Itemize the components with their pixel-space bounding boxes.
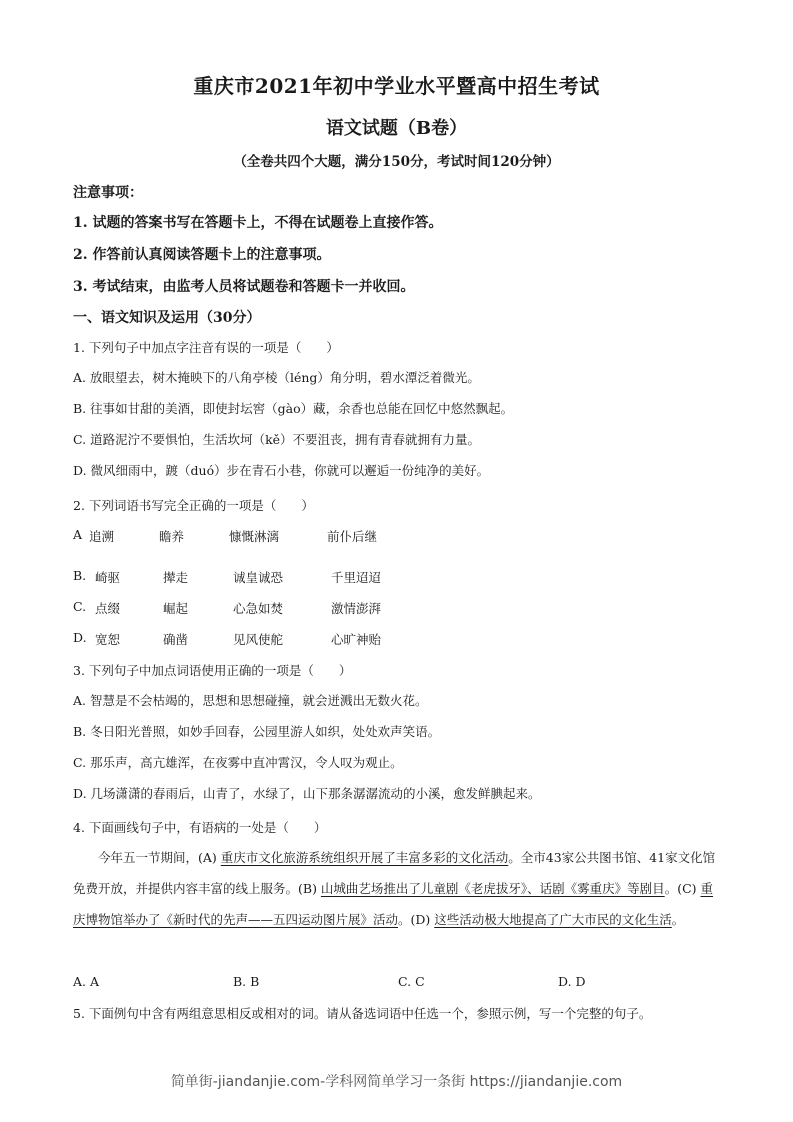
underlined-sentence-b: 山城曲艺场推出了儿童剧《老虎拔牙》、话剧《雾重庆》等剧目: [321, 881, 665, 896]
word: 激情澎湃: [331, 599, 381, 617]
option-label: B.: [73, 568, 86, 583]
option-label: C.: [73, 599, 86, 614]
word: 瞻养: [159, 527, 184, 545]
word: 心急如焚: [233, 599, 283, 617]
question-3-option-b: B. 冬日阳光普照，如妙手回春，公园里游人如织，处处欢声笑语。: [73, 722, 440, 740]
word: 崛起: [163, 599, 188, 617]
section-heading: 一、语文知识及运用（30分）: [73, 307, 260, 327]
option-b: B. B: [233, 974, 259, 989]
word: 慷慨淋漓: [229, 527, 279, 545]
question-3-option-c: C. 那乐声，高亢雄浑，在夜雾中直冲霄汉，令人叹为观止。: [73, 753, 403, 771]
question-4-passage: 今年五一节期间，(A) 重庆市文化旅游系统组织开展了丰富多彩的文化活动。全市43…: [73, 842, 723, 935]
word: 千里迢迢: [331, 568, 381, 586]
passage-text: 。(D): [398, 912, 434, 927]
option-a: A. A: [73, 974, 99, 989]
passage-text: 。(C): [665, 881, 701, 896]
word: 崎驱: [95, 568, 120, 586]
question-1-option-a: A. 放眼望去，树木掩映下的八角亭棱（léng）角分明，碧水潭泛着微光。: [73, 368, 480, 386]
word: 确凿: [163, 630, 188, 648]
word: 心旷神贻: [331, 630, 381, 648]
underlined-sentence-a: 重庆市文化旅游系统组织开展了丰富多彩的文化活动: [221, 850, 509, 865]
notice-item-1: 1. 试题的答案书写在答题卡上，不得在试题卷上直接作答。: [73, 212, 443, 232]
word: 点缀: [95, 599, 120, 617]
option-c: C. C: [398, 974, 425, 989]
question-3-option-a: A. 智慧是不会枯竭的，思想和思想碰撞，就会迸溅出无数火花。: [73, 691, 427, 709]
exam-title: 重庆市2021年初中学业水平暨高中招生考试: [0, 70, 793, 99]
notice-heading: 注意事项：: [73, 182, 143, 202]
question-2-stem: 2. 下列词语书写完全正确的一项是（ ）: [73, 496, 314, 514]
exam-subtitle: 语文试题（B卷）: [0, 114, 793, 140]
passage-text: 。: [672, 912, 685, 927]
question-1-option-b: B. 往事如甘甜的美酒，即使封坛窖（gào）藏，余香也总能在回忆中悠然飘起。: [73, 399, 513, 417]
question-1-option-d: D. 微风细雨中，踱（duó）步在青石小巷，你就可以邂逅一份纯净的美好。: [73, 461, 489, 479]
question-4-stem: 4. 下面画线句子中，有语病的一处是（ ）: [73, 818, 326, 836]
exam-info: （全卷共四个大题，满分150分，考试时间120分钟）: [0, 150, 793, 170]
option-label: D.: [73, 630, 87, 645]
word: 前仆后继: [327, 527, 377, 545]
question-5-stem: 5. 下面例句中含有两组意思相反或相对的词。请从备选词语中任选一个，参照示例，写…: [73, 1004, 651, 1022]
word: 宽恕: [95, 630, 120, 648]
option-label: A: [73, 527, 82, 542]
question-3-option-d: D. 几场潇潇的春雨后，山青了，水绿了，山下那条潺潺流动的小溪，愈发鲜腆起来。: [73, 784, 541, 802]
word: 见风使舵: [233, 630, 283, 648]
question-1-stem: 1. 下列句子中加点字注音有误的一项是（ ）: [73, 338, 339, 356]
notice-item-2: 2. 作答前认真阅读答题卡上的注意事项。: [73, 244, 331, 264]
notice-item-3: 3. 考试结束，由监考人员将试题卷和答题卡一并收回。: [73, 276, 415, 296]
word: 诚皇诚恐: [233, 568, 283, 586]
word: 撵走: [163, 568, 188, 586]
question-1-option-c: C. 道路泥泞不要惧怕，生活坎坷（kě）不要沮丧，拥有青春就拥有力量。: [73, 430, 480, 448]
question-3-stem: 3. 下列句子中加点词语使用正确的一项是（ ）: [73, 661, 351, 679]
exam-page: 重庆市2021年初中学业水平暨高中招生考试 语文试题（B卷） （全卷共四个大题，…: [0, 0, 793, 1122]
underlined-sentence-d: 这些活动极大地提高了广大市民的文化生活: [434, 912, 672, 927]
option-d: D. D: [558, 974, 586, 989]
footer-watermark: 简单街-jiandanjie.com-学科网简单学习一条街 https://ji…: [0, 1071, 793, 1091]
word: 追溯: [89, 527, 114, 545]
passage-text: 今年五一节期间，(A): [98, 850, 221, 865]
